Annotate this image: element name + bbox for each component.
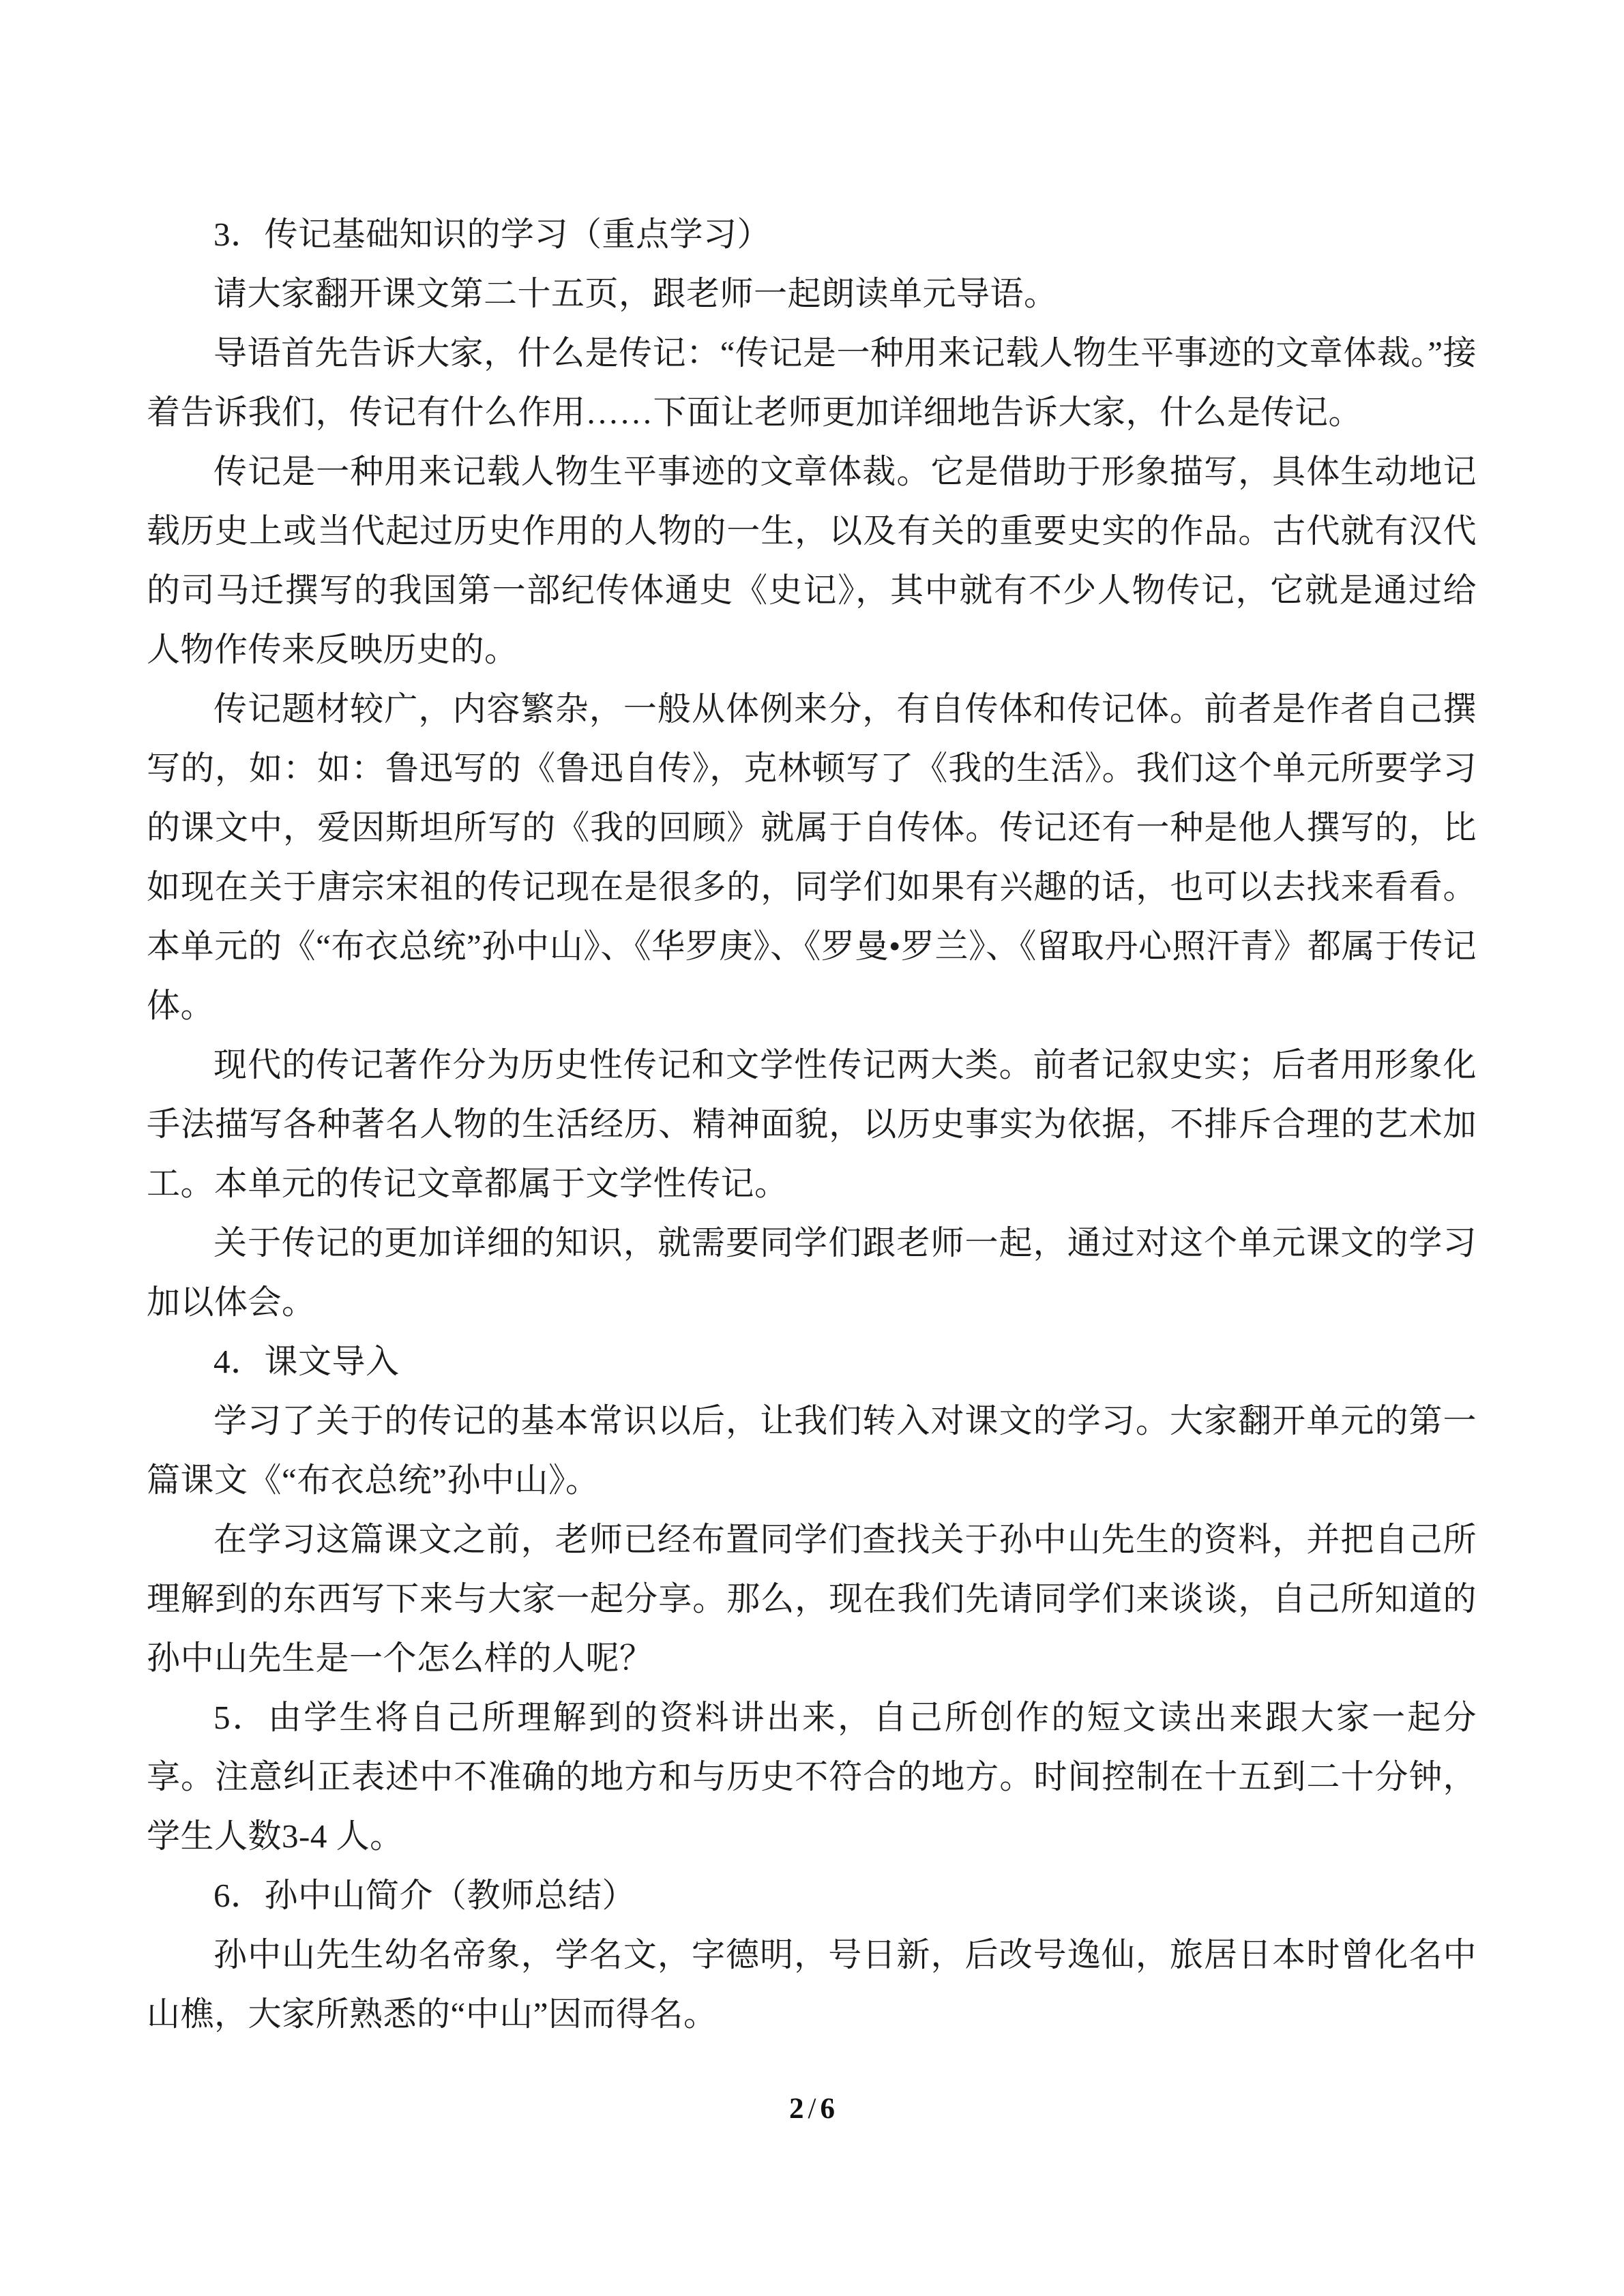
paragraph: 在学习这篇课文之前，老师已经布置同学们查找关于孙中山先生的资料，并把自己所理解到… xyxy=(147,1510,1477,1688)
paragraph: 6．孙中山简介（教师总结） xyxy=(147,1866,1477,1925)
paragraph: 传记题材较广，内容繁杂，一般从体例来分，有自传体和传记体。前者是作者自己撰写的，… xyxy=(147,679,1477,1035)
paragraph: 4．课文导入 xyxy=(147,1332,1477,1391)
paragraph: 关于传记的更加详细的知识，就需要同学们跟老师一起，通过对这个单元课文的学习加以体… xyxy=(147,1213,1477,1332)
paragraph: 学习了关于的传记的基本常识以后，让我们转入对课文的学习。大家翻开单元的第一篇课文… xyxy=(147,1391,1477,1510)
paragraph: 传记是一种用来记载人物生平事迹的文章体裁。它是借助于形象描写，具体生动地记载历史… xyxy=(147,442,1477,679)
paragraph: 现代的传记著作分为历史性传记和文学性传记两大类。前者记叙史实；后者用形象化手法描… xyxy=(147,1035,1477,1213)
page-footer: 2/6 xyxy=(0,2092,1624,2126)
document-page: 3．传记基础知识的学习（重点学习） 请大家翻开课文第二十五页，跟老师一起朗读单元… xyxy=(0,0,1624,2296)
paragraph: 5．由学生将自己所理解到的资料讲出来，自己所创作的短文读出来跟大家一起分享。注意… xyxy=(147,1688,1477,1866)
page-number-separator: / xyxy=(804,2093,821,2125)
document-body: 3．传记基础知识的学习（重点学习） 请大家翻开课文第二十五页，跟老师一起朗读单元… xyxy=(147,205,1477,2044)
paragraph: 孙中山先生幼名帝象，学名文，字德明，号日新，后改号逸仙，旅居日本时曾化名中山樵，… xyxy=(147,1925,1477,2044)
page-number-total: 6 xyxy=(820,2093,835,2125)
paragraph: 请大家翻开课文第二十五页，跟老师一起朗读单元导语。 xyxy=(147,264,1477,323)
paragraph: 3．传记基础知识的学习（重点学习） xyxy=(147,205,1477,264)
paragraph: 导语首先告诉大家，什么是传记：“传记是一种用来记载人物生平事迹的文章体裁。”接着… xyxy=(147,323,1477,442)
page-number-current: 2 xyxy=(789,2093,804,2125)
